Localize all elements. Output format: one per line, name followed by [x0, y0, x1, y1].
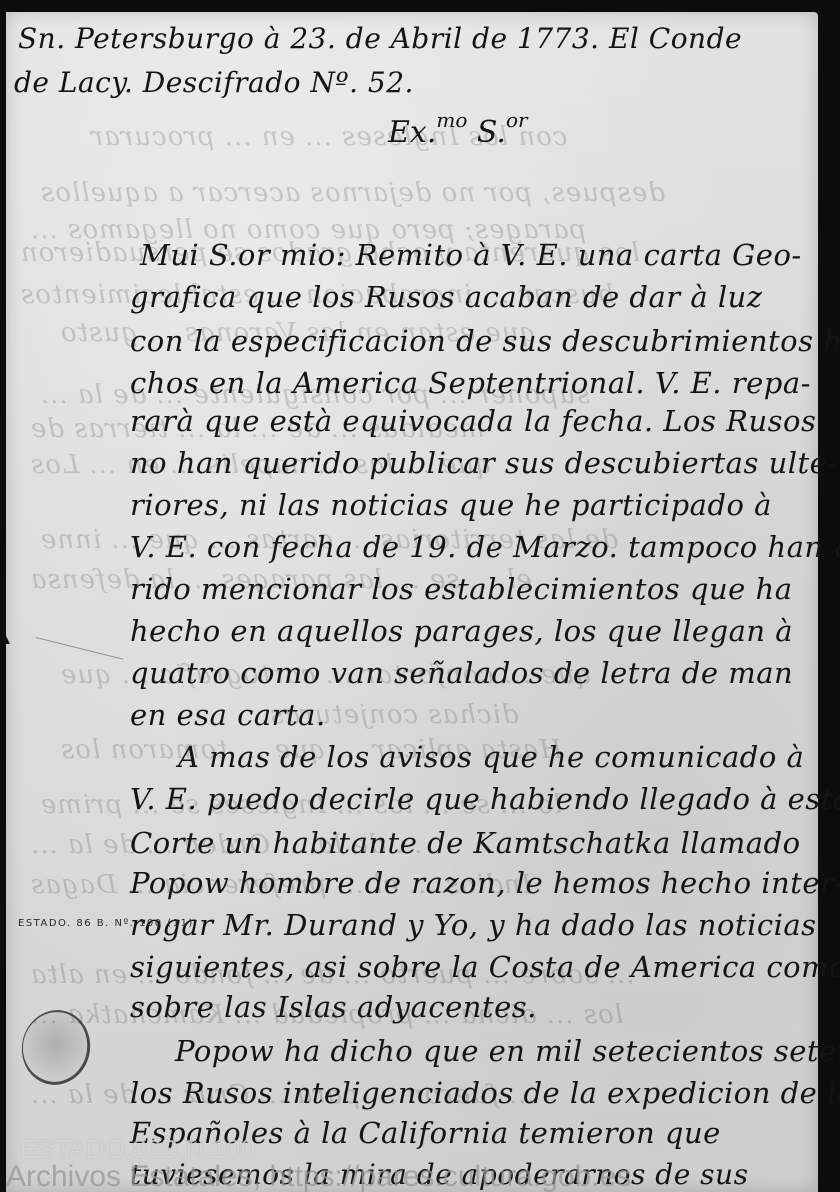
- salutation-s: S.: [477, 115, 506, 150]
- body-line: siguientes, asi sobre la Costa de Americ…: [130, 950, 840, 984]
- salutation-ex: Ex.: [388, 115, 436, 150]
- body-line: quatro como van señalados de letra de ma…: [130, 656, 793, 690]
- body-line: en esa carta.: [130, 698, 326, 732]
- body-line: V. E. con fecha de 19. de Marzo. tampoco…: [130, 530, 840, 564]
- body-line: no han querido publicar sus descubiertas…: [130, 446, 838, 480]
- body-line: grafica que los Rusos acaban de dar à lu…: [130, 280, 763, 314]
- body-line: rido mencionar los establecimientos que …: [130, 572, 793, 606]
- body-line: Corte un habitante de Kamtschatka llamad…: [130, 826, 801, 860]
- margin-archive-reference: ESTADO. 86 B. Nº. 100 (11): [18, 918, 194, 929]
- watermark-source: Archivos Estatales, https://pares.cultur…: [6, 1160, 631, 1192]
- body-line: sobre las Islas adyacentes.: [130, 990, 537, 1024]
- salutation-sup-mo: mo: [436, 108, 467, 132]
- body-line: chos en la America Septentrional. V. E. …: [130, 366, 811, 400]
- formal-salutation: Ex.mo S.or: [388, 112, 528, 150]
- body-line: Popow hombre de razon, le hemos hecho in…: [130, 866, 840, 900]
- body-line: V. E. puedo decirle que habiendo llegado…: [130, 782, 840, 816]
- page-right-edge: [818, 0, 840, 1192]
- body-line: Popow ha dicho que en mil setecientos se…: [175, 1034, 840, 1068]
- body-line: rarà que està equivocada la fecha. Los R…: [130, 404, 816, 438]
- body-line: riores, ni las noticias que he participa…: [130, 488, 772, 522]
- paper-crack: [26, 637, 123, 699]
- body-line: con la especificacion de sus descubrimie…: [130, 324, 840, 358]
- letter-heading-place-date: Sn. Petersburgo à 23. de Abril de 1773. …: [18, 22, 742, 55]
- body-line: hecho en aquellos parages, los que llega…: [130, 614, 793, 648]
- letter-heading-sender: de Lacy. Descifrado Nº. 52.: [14, 66, 414, 99]
- body-line: A mas de los avisos que he comunicado à: [178, 740, 804, 774]
- salutation-sup-or: or: [506, 108, 528, 132]
- body-line: los Rusos inteligenciados de la expedici…: [130, 1076, 840, 1110]
- body-line: Mui S.or mio: Remito à V. E. una carta G…: [140, 238, 802, 272]
- body-line: rogar Mr. Durand y Yo, y ha dado las not…: [130, 908, 817, 942]
